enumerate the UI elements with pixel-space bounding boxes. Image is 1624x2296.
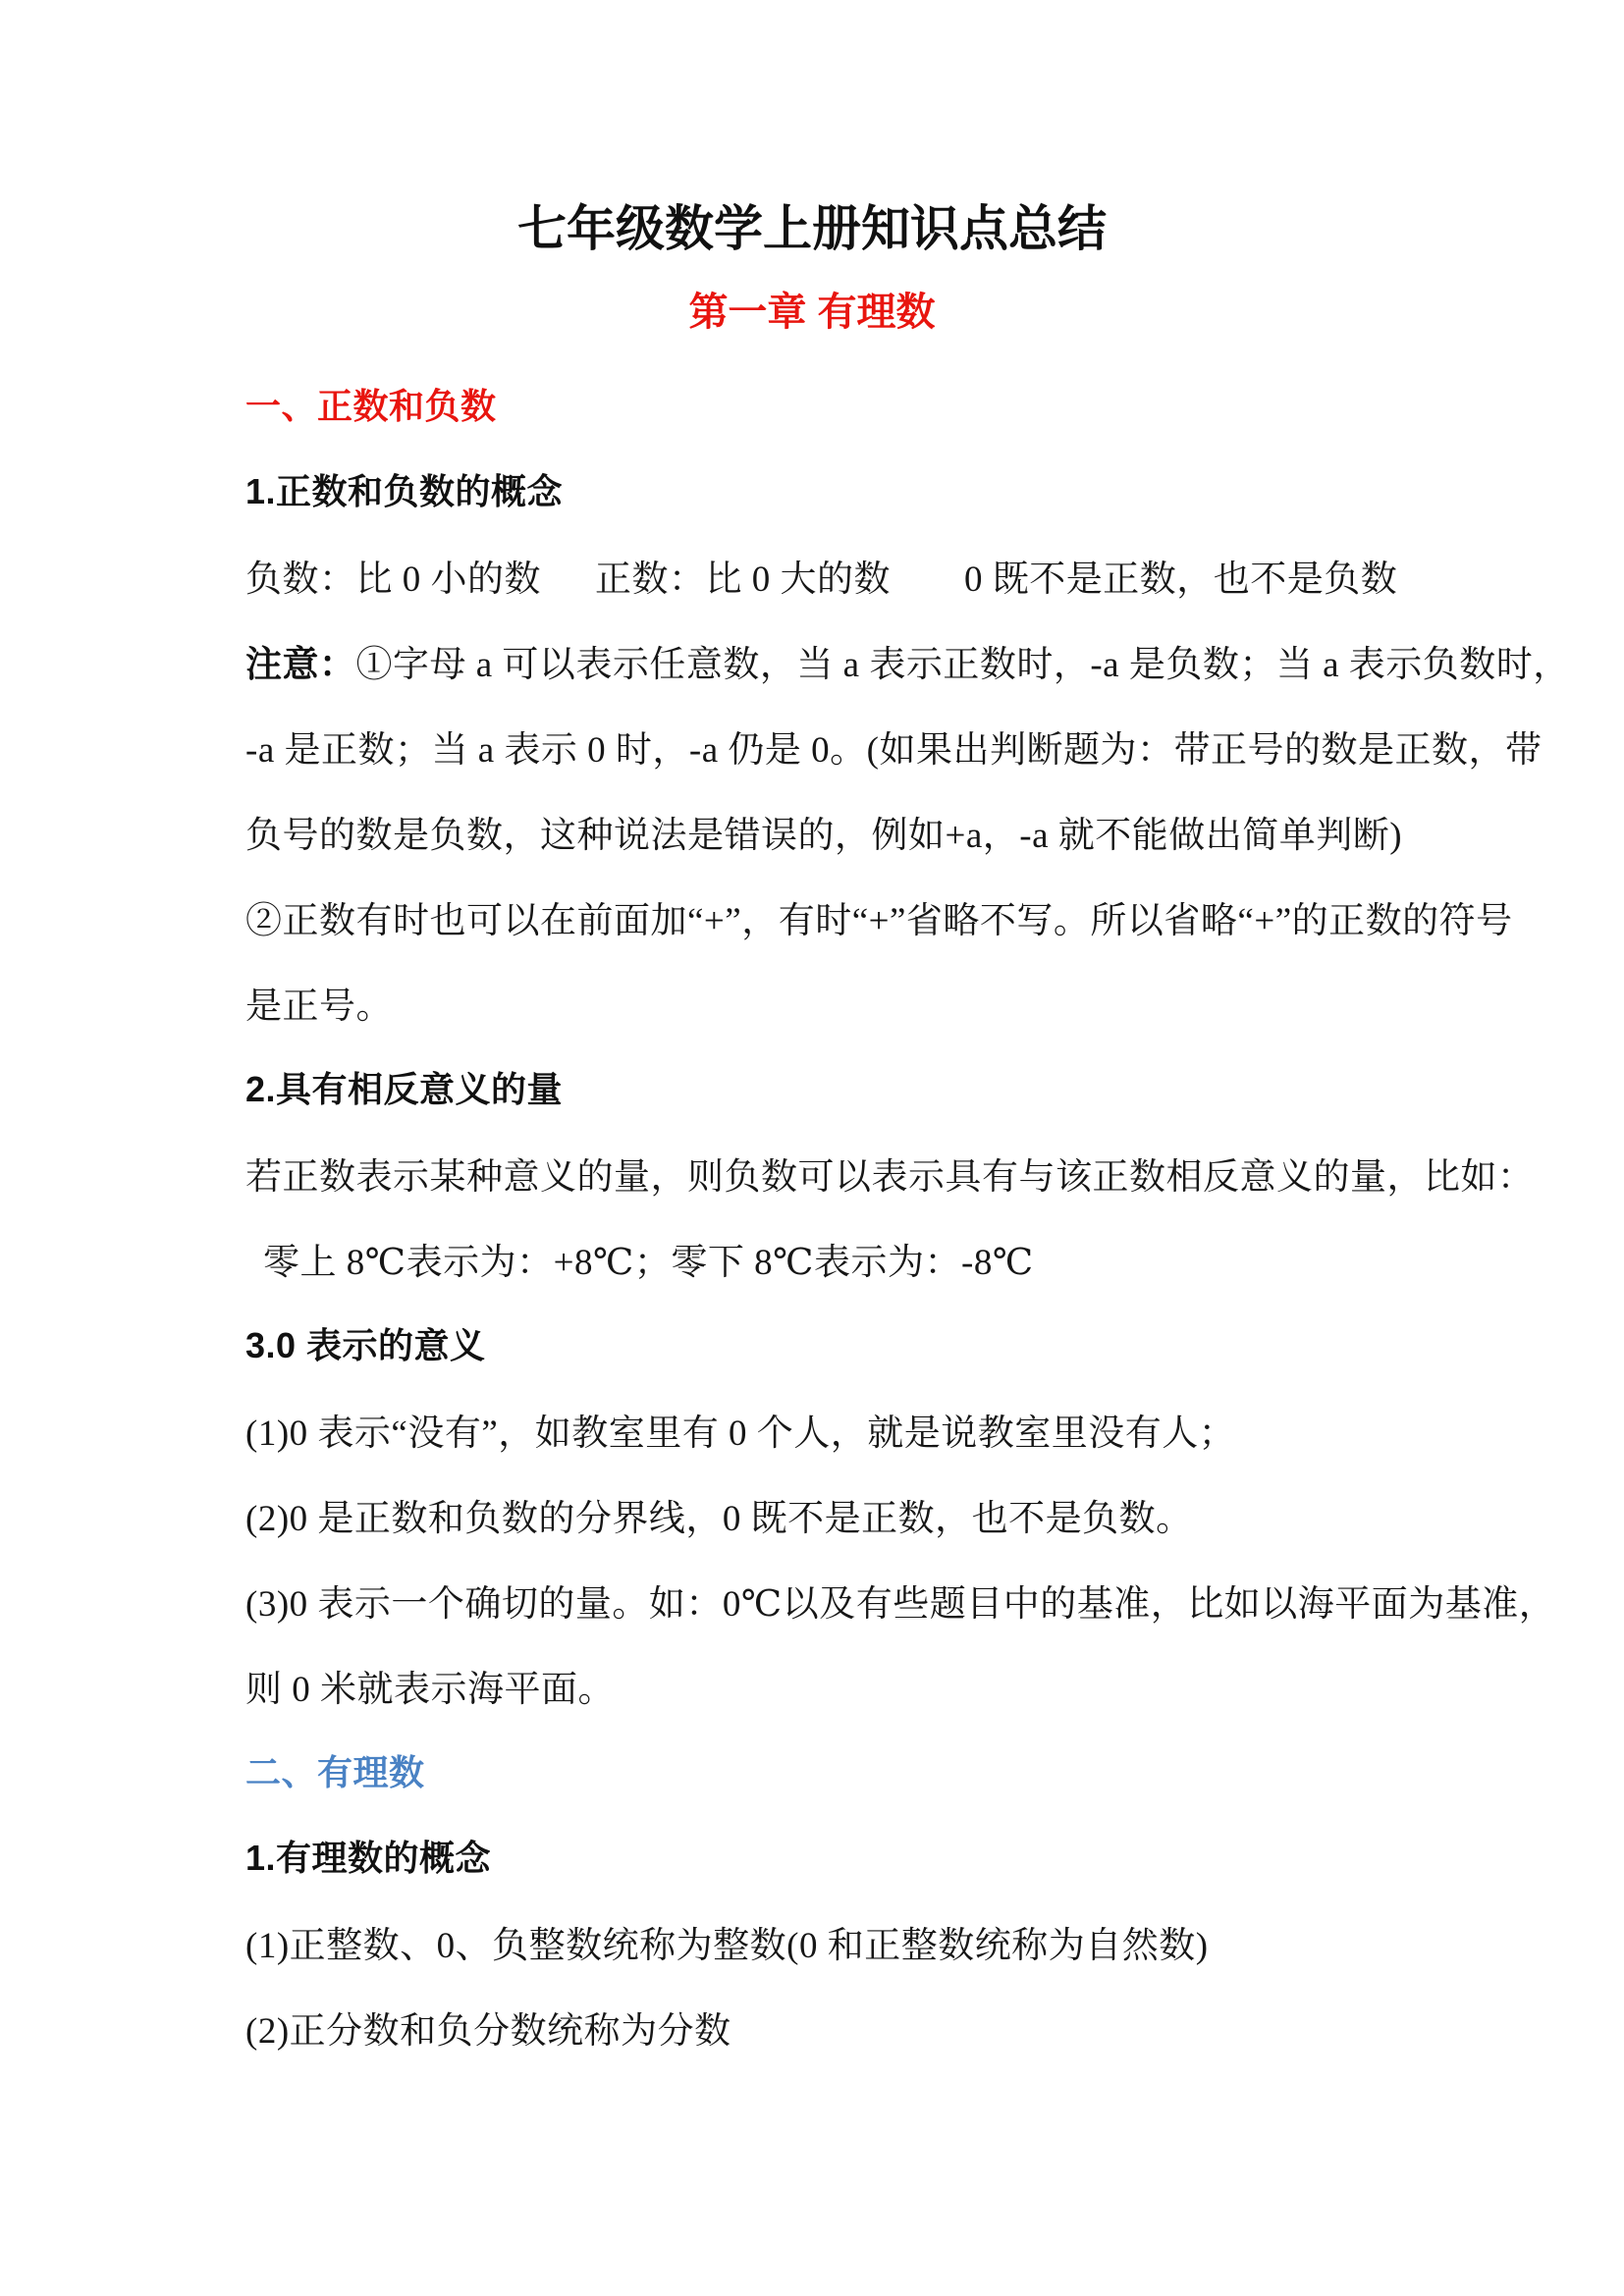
- note-line-4: ②正数有时也可以在前面加“+”，有时“+”省略不写。所以省略“+”的正数的符号: [0, 874, 1624, 959]
- zero-definition: 0 既不是正数，也不是负数: [964, 549, 1397, 602]
- note-line-5: 是正号。: [0, 959, 1624, 1044]
- note-line-1-text: ①字母 a 可以表示任意数，当 a 表示正数时，-a 是负数；当 a 表示负数时…: [356, 634, 1570, 687]
- document-page: 七年级数学上册知识点总结 第一章 有理数 一、正数和负数 1.正数和负数的概念 …: [0, 0, 1624, 2296]
- opposite-meaning-line-1: 若正数表示某种意义的量，则负数可以表示具有与该正数相反意义的量，比如：: [0, 1130, 1624, 1215]
- document-title: 七年级数学上册知识点总结: [0, 0, 1624, 263]
- section-1-sub-2-heading: 2.具有相反意义的量: [0, 1044, 1624, 1130]
- positive-number-definition: 正数：比 0 大的数: [595, 549, 891, 602]
- note-line-3: 负号的数是负数，这种说法是错误的，例如+a，-a 就不能做出简单判断): [0, 788, 1624, 874]
- section-2-heading: 二、有理数: [0, 1728, 1624, 1813]
- zero-meaning-line-3: (3)0 表示一个确切的量。如：0℃以及有些题目中的基准，比如以海平面为基准，: [0, 1557, 1624, 1642]
- definitions-line: 负数：比 0 小的数 正数：比 0 大的数 0 既不是正数，也不是负数: [0, 532, 1624, 617]
- temperature-example-line: 零上 8℃表示为：+8℃；零下 8℃表示为：-8℃: [0, 1215, 1624, 1301]
- document-body: 一、正数和负数 1.正数和负数的概念 负数：比 0 小的数 正数：比 0 大的数…: [0, 361, 1624, 2069]
- zero-meaning-line-1: (1)0 表示“没有”，如教室里有 0 个人，就是说教室里没有人；: [0, 1386, 1624, 1471]
- section-2-sub-1-heading: 1.有理数的概念: [0, 1813, 1624, 1898]
- zero-meaning-line-2: (2)0 是正数和负数的分界线，0 既不是正数，也不是负数。: [0, 1471, 1624, 1557]
- negative-number-definition: 负数：比 0 小的数: [245, 549, 541, 602]
- note-label: 注意：: [245, 634, 356, 687]
- note-line-1: 注意： ①字母 a 可以表示任意数，当 a 表示正数时，-a 是负数；当 a 表…: [0, 617, 1624, 703]
- chapter-heading: 第一章 有理数: [0, 263, 1624, 361]
- section-1-sub-3-heading: 3.0 表示的意义: [0, 1301, 1624, 1386]
- rational-number-line-1: (1)正整数、0、负整数统称为整数(0 和正整数统称为自然数): [0, 1898, 1624, 1984]
- note-line-2: -a 是正数；当 a 表示 0 时，-a 仍是 0。(如果出判断题为：带正号的数…: [0, 703, 1624, 788]
- zero-meaning-line-4: 则 0 米就表示海平面。: [0, 1642, 1624, 1728]
- section-1-sub-1-heading: 1.正数和负数的概念: [0, 447, 1624, 532]
- rational-number-line-2: (2)正分数和负分数统称为分数: [0, 1984, 1624, 2069]
- section-1-heading: 一、正数和负数: [0, 361, 1624, 447]
